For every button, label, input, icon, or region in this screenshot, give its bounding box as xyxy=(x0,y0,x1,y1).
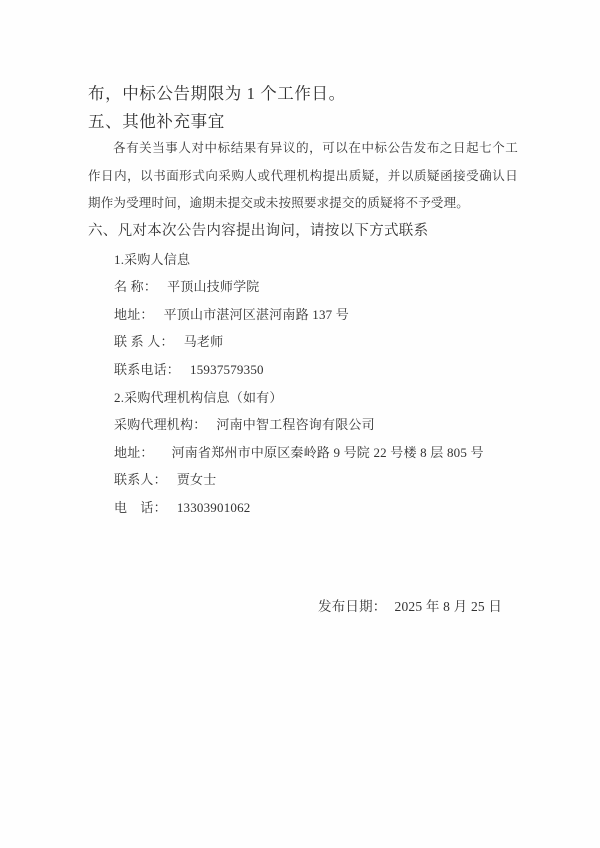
agency-name-value: 河南中智工程咨询有限公司 xyxy=(216,417,374,432)
agency-info-heading: 2.采购代理机构信息（如有） xyxy=(88,384,518,412)
purchaser-contact-row: 联 系 人：马老师 xyxy=(88,328,518,356)
purchaser-contact-label: 联 系 人： xyxy=(114,334,174,349)
purchaser-info-heading: 1.采购人信息 xyxy=(88,246,518,274)
purchaser-phone-label: 联系电话： xyxy=(114,362,180,377)
purchaser-name-row: 名 称：平顶山技师学院 xyxy=(88,273,518,301)
purchaser-phone-value: 15937579350 xyxy=(190,362,264,377)
purchaser-address-row: 地址：平顶山市湛河区湛河南路 137 号 xyxy=(88,301,518,329)
purchaser-name-value: 平顶山技师学院 xyxy=(167,279,259,294)
agency-address-label: 地址： xyxy=(114,445,154,460)
section-5-heading: 五、其他补充事宜 xyxy=(88,108,518,136)
agency-contact-value: 贾女士 xyxy=(177,472,217,487)
agency-contact-row: 联系人：贾女士 xyxy=(88,466,518,494)
agency-address-value: 河南省郑州市中原区秦岭路 9 号院 22 号楼 8 层 805 号 xyxy=(172,445,484,460)
agency-contact-label: 联系人： xyxy=(114,472,167,487)
agency-phone-value: 13303901062 xyxy=(177,500,251,515)
publish-date-line: 发布日期：2025 年 8 月 25 日 xyxy=(318,598,502,616)
purchaser-name-label: 名 称： xyxy=(114,279,157,294)
purchaser-contact-value: 马老师 xyxy=(184,334,224,349)
agency-name-label: 采购代理机构： xyxy=(114,417,206,432)
publish-date-value: 2025 年 8 月 25 日 xyxy=(395,599,503,614)
document-page: 布，中标公告期限为 1 个工作日。 五、其他补充事宜 各有关当事人对中标结果有异… xyxy=(0,0,600,848)
agency-address-row: 地址：河南省郑州市中原区秦岭路 9 号院 22 号楼 8 层 805 号 xyxy=(88,439,518,467)
section-5-paragraph: 各有关当事人对中标结果有异议的，可以在中标公告发布之日起七个工作日内，以书面形式… xyxy=(88,135,518,218)
purchaser-address-label: 地址： xyxy=(114,307,154,322)
agency-phone-label: 电 话： xyxy=(114,500,167,515)
purchaser-address-value: 平顶山市湛河区湛河南路 137 号 xyxy=(164,307,349,322)
paragraph-continuation-line: 布，中标公告期限为 1 个工作日。 xyxy=(88,80,518,108)
agency-name-row: 采购代理机构：河南中智工程咨询有限公司 xyxy=(88,411,518,439)
publish-date-label: 发布日期： xyxy=(318,599,387,614)
document-body: 布，中标公告期限为 1 个工作日。 五、其他补充事宜 各有关当事人对中标结果有异… xyxy=(88,80,518,522)
section-6-heading: 六、凡对本次公告内容提出询问，请按以下方式联系 xyxy=(88,218,518,246)
purchaser-phone-row: 联系电话：15937579350 xyxy=(88,356,518,384)
agency-phone-row: 电 话：13303901062 xyxy=(88,494,518,522)
